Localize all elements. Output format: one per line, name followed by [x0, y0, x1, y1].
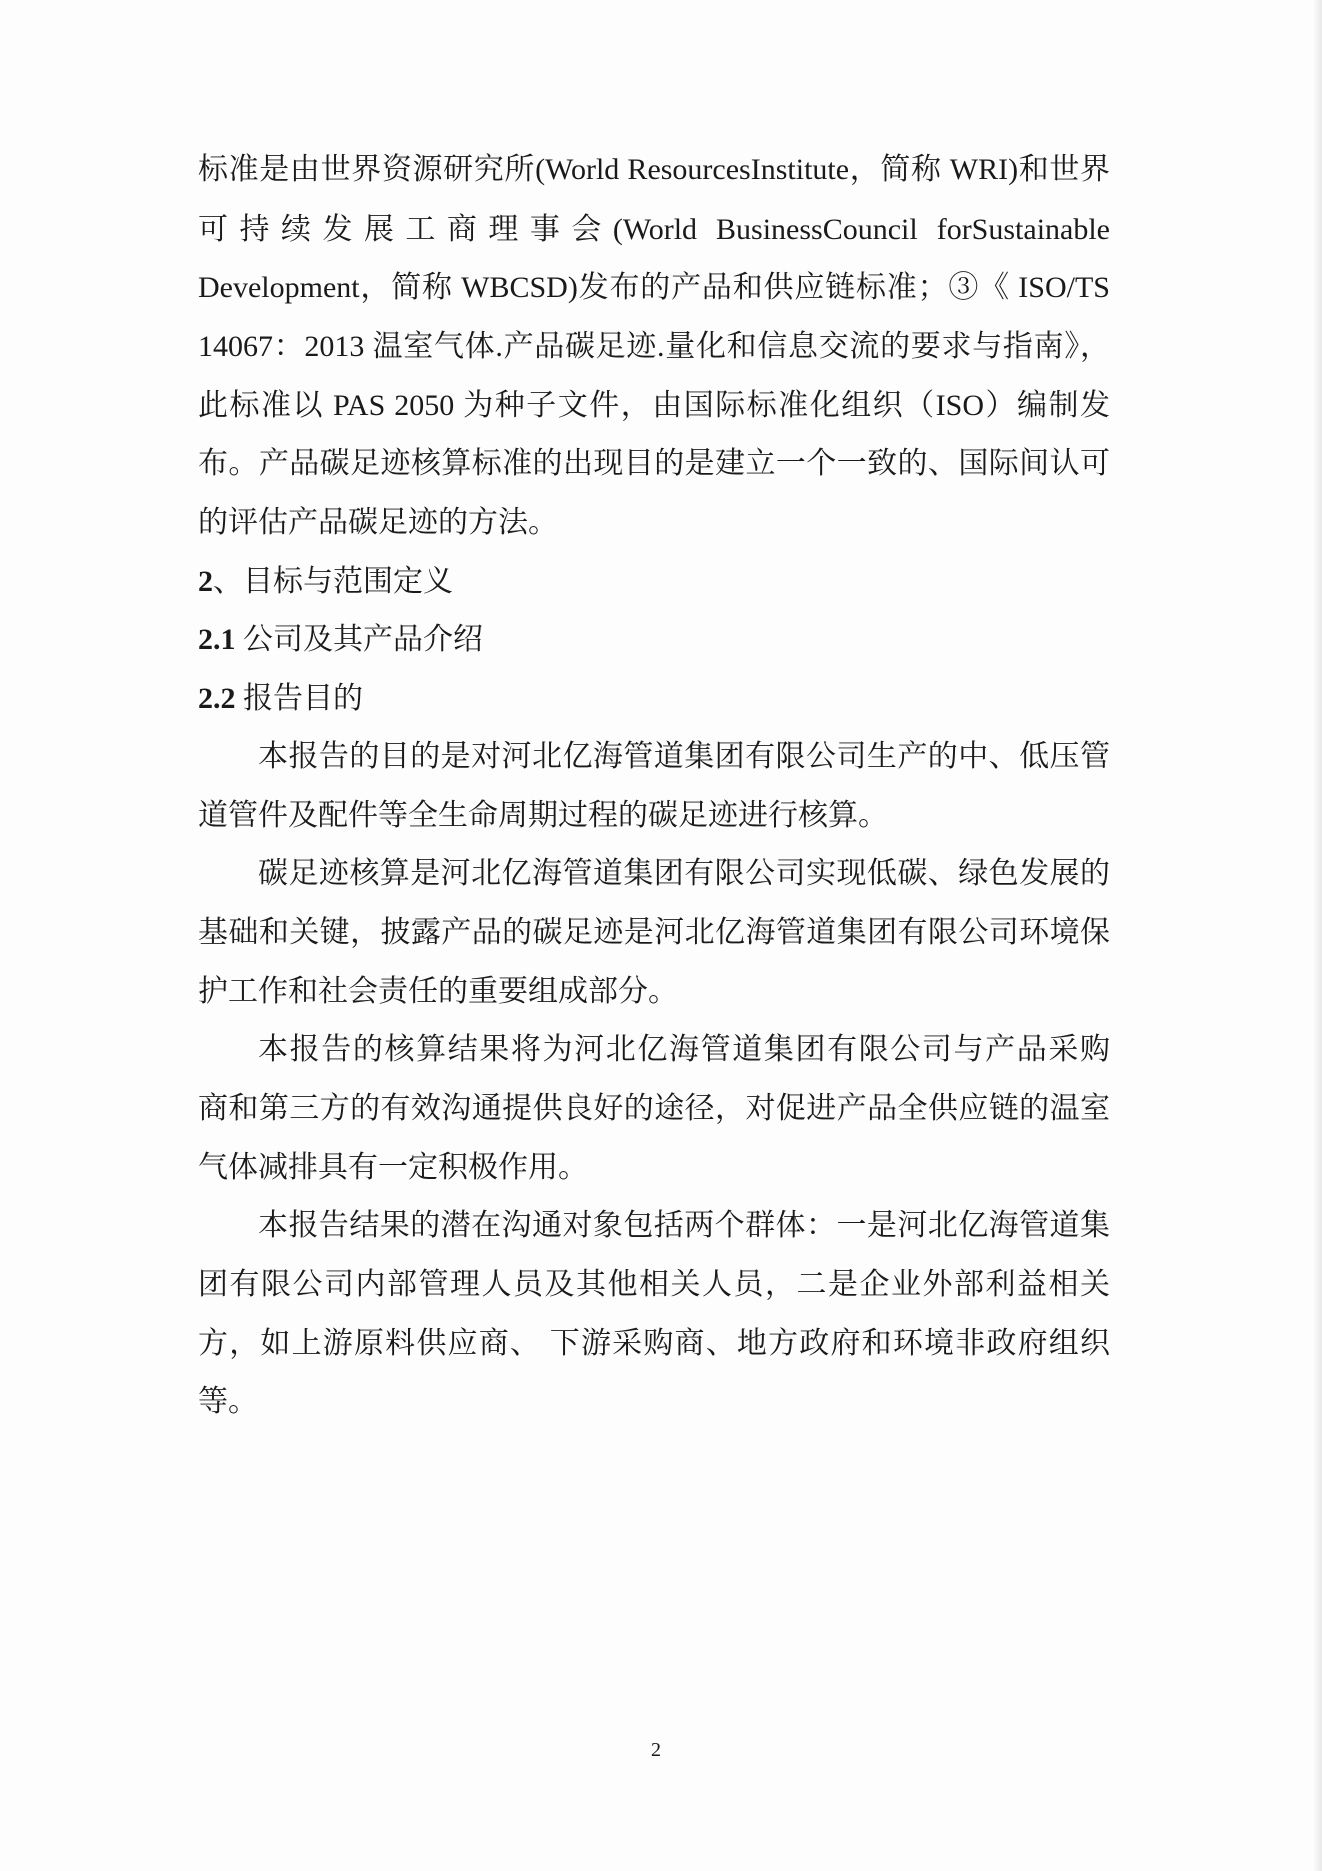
section-number: 2: [198, 565, 213, 598]
document-page: 标准是由世界资源研究所(World ResourcesInstitute，简称 …: [0, 0, 1322, 1871]
section-title: 报告目的: [236, 682, 364, 715]
paragraph-2-line: 碳足迹核算是河北亿海管道集团有限公司实现低碳、绿色发展的: [258, 854, 1110, 894]
paragraph-1-line: 道管件及配件等全生命周期过程的碳足迹进行核算。: [198, 796, 1110, 836]
paragraph-3-line: 商和第三方的有效沟通提供良好的途径，对促进产品全供应链的温室: [198, 1089, 1110, 1129]
paragraph-1-line: 本报告的目的是对河北亿海管道集团有限公司生产的中、低压管: [258, 737, 1110, 777]
section-heading-2-1: 2.1 公司及其产品介绍: [198, 620, 1110, 660]
page-number: 2: [651, 1738, 661, 1762]
section-heading-2-2: 2.2 报告目的: [198, 679, 1110, 719]
paragraph-3-line: 本报告的核算结果将为河北亿海管道集团有限公司与产品采购: [258, 1030, 1110, 1070]
section-title: 、目标与范围定义: [213, 565, 453, 598]
paragraph-4-line: 方，如上游原料供应商、 下游采购商、地方政府和环境非政府组织: [198, 1324, 1110, 1364]
paragraph-2-line: 基础和关键，披露产品的碳足迹是河北亿海管道集团有限公司环境保: [198, 913, 1110, 953]
body-text-line: Development，简称 WBCSD)发布的产品和供应链标准；③《 ISO/…: [198, 268, 1110, 308]
paragraph-4-line: 等。: [198, 1382, 1110, 1422]
body-text-line: 布。产品碳足迹核算标准的出现目的是建立一个一致的、国际间认可: [198, 444, 1110, 484]
paragraph-3-line: 气体减排具有一定积极作用。: [198, 1148, 1110, 1188]
section-number: 2.1: [198, 623, 236, 656]
body-text-line: 的评估产品碳足迹的方法。: [198, 503, 1110, 543]
section-heading-2: 2、目标与范围定义: [198, 562, 1110, 602]
paragraph-4-line: 团有限公司内部管理人员及其他相关人员，二是企业外部利益相关: [198, 1265, 1110, 1305]
section-title: 公司及其产品介绍: [236, 623, 484, 656]
body-text-line: 标准是由世界资源研究所(World ResourcesInstitute，简称 …: [198, 150, 1110, 190]
paragraph-4-line: 本报告结果的潜在沟通对象包括两个群体：一是河北亿海管道集: [258, 1206, 1110, 1246]
body-text-line: 可持续发展工商理事会(World BusinessCouncil forSust…: [198, 210, 1110, 250]
body-text-line: 14067：2013 温室气体.产品碳足迹.量化和信息交流的要求与指南》，: [198, 327, 1110, 367]
section-number: 2.2: [198, 682, 236, 715]
body-text-line: 此标准以 PAS 2050 为种子文件，由国际标准化组织（ISO）编制发: [198, 386, 1110, 426]
page-edge-shadow: [1312, 0, 1322, 1871]
paragraph-2-line: 护工作和社会责任的重要组成部分。: [198, 972, 1110, 1012]
